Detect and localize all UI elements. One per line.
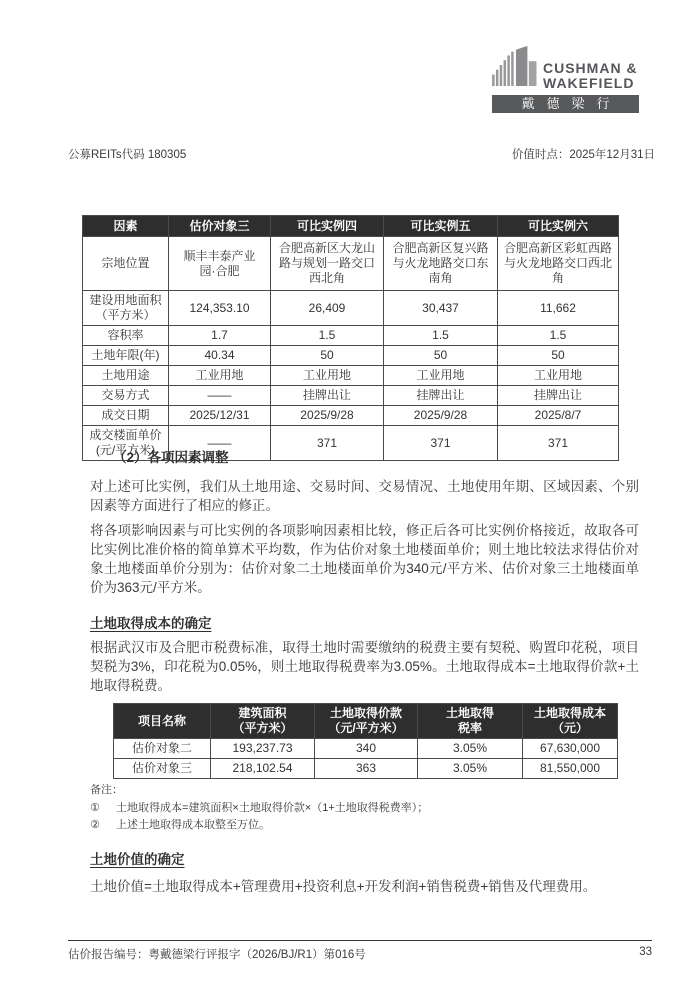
table-cell: 2025/9/28 bbox=[271, 406, 384, 426]
table-cell: 26,409 bbox=[271, 291, 384, 326]
row-label: 建设用地面积 （平方米） bbox=[83, 291, 169, 326]
logo-chinese-name: 戴德梁行 bbox=[492, 95, 639, 113]
table-cell: 124,353.10 bbox=[169, 291, 271, 326]
table-cell: 1.5 bbox=[271, 326, 384, 346]
table-cell: 67,630,000 bbox=[523, 739, 618, 759]
paragraph-land-value-formula: 土地价值=土地取得成本+管理费用+投资利息+开发利润+销售税费+销售及代理费用。 bbox=[90, 877, 639, 896]
table-cell: 3.05% bbox=[418, 759, 523, 779]
row-label: 容积率 bbox=[83, 326, 169, 346]
table-row: 估价对象二 193,237.73 340 3.05% 67,630,000 bbox=[114, 739, 618, 759]
column-header: 土地取得成本 （元） bbox=[523, 704, 618, 739]
table-cell: 工业用地 bbox=[271, 366, 384, 386]
report-number: 估价报告编号：粤戴德梁行评报字（2026/BJ/R1）第016号 bbox=[68, 946, 366, 962]
note-marker: ① bbox=[90, 800, 116, 818]
note-text: 上述土地取得成本取整至万位。 bbox=[116, 817, 270, 835]
notes-block: 备注： ① 土地取得成本=建筑面积×土地取得价款×（1+土地取得税费率）； ② … bbox=[90, 782, 639, 835]
column-header: 可比实例四 bbox=[271, 216, 384, 237]
table-row: 宗地位置 顺丰丰泰产业 园·合肥 合肥高新区大龙山 路与规划一路交口 西北角 合… bbox=[83, 237, 619, 291]
column-header: 项目名称 bbox=[114, 704, 211, 739]
logo-line2: WAKEFIELD bbox=[543, 75, 634, 91]
acquisition-cost-table: 项目名称 建筑面积 （平方米） 土地取得价款 （元/平方米） 土地取得 税率 土… bbox=[113, 703, 618, 779]
table-cell: 工业用地 bbox=[498, 366, 619, 386]
reit-code-label: 公募REITs代码 180305 bbox=[68, 146, 186, 162]
table-cell: 1.7 bbox=[169, 326, 271, 346]
row-label: 土地年限(年) bbox=[83, 346, 169, 366]
note-marker: ② bbox=[90, 817, 116, 835]
paragraph-average-price: 将各项影响因素与可比实例的各项影响因素相比较，修正后各可比实例价格接近，故取各可… bbox=[90, 521, 639, 597]
land-comparison-table: 因素 估价对象三 可比实例四 可比实例五 可比实例六 宗地位置 顺丰丰泰产业 园… bbox=[82, 215, 619, 461]
column-header: 估价对象三 bbox=[169, 216, 271, 237]
table-cell: 218,102.54 bbox=[211, 759, 315, 779]
table-cell: 11,662 bbox=[498, 291, 619, 326]
row-label: 估价对象三 bbox=[114, 759, 211, 779]
column-header: 建筑面积 （平方米） bbox=[211, 704, 315, 739]
table-cell: 1.5 bbox=[498, 326, 619, 346]
table-cell: 工业用地 bbox=[169, 366, 271, 386]
table-cell: 挂牌出让 bbox=[271, 386, 384, 406]
table-cell: 2025/12/31 bbox=[169, 406, 271, 426]
logo-line1: CUSHMAN & bbox=[543, 60, 638, 76]
page-number: 33 bbox=[639, 946, 652, 962]
paragraph-tax-rate: 根据武汉市及合肥市税费标准，取得土地时需要缴纳的税费主要有契税、购置印花税，项目… bbox=[90, 638, 639, 695]
page-footer: 估价报告编号：粤戴德梁行评报字（2026/BJ/R1）第016号 33 bbox=[68, 940, 652, 962]
value-date-label: 价值时点：2025年12月31日 bbox=[512, 146, 655, 162]
note-item: ② 上述土地取得成本取整至万位。 bbox=[90, 817, 639, 835]
table-cell: 81,550,000 bbox=[523, 759, 618, 779]
table-cell: 挂牌出让 bbox=[384, 386, 498, 406]
table-row: 成交日期 2025/12/31 2025/9/28 2025/9/28 2025… bbox=[83, 406, 619, 426]
table-cell: 1.5 bbox=[384, 326, 498, 346]
cushman-wakefield-logo: CUSHMAN & WAKEFIELD 戴德梁行 bbox=[492, 44, 639, 113]
table-cell: 挂牌出让 bbox=[498, 386, 619, 406]
page-meta-row: 公募REITs代码 180305 价值时点：2025年12月31日 bbox=[68, 146, 655, 162]
table-row: 建设用地面积 （平方米） 124,353.10 26,409 30,437 11… bbox=[83, 291, 619, 326]
heading-land-acquisition-cost: 土地取得成本的确定 bbox=[90, 612, 212, 632]
table-cell: 合肥高新区彩虹西路 与火龙地路交口西北 角 bbox=[498, 237, 619, 291]
column-header: 土地取得 税率 bbox=[418, 704, 523, 739]
section-heading-factor-adjustment: （2）各项因素调整 bbox=[113, 446, 229, 466]
row-label: 宗地位置 bbox=[83, 237, 169, 291]
table-row: 土地用途 工业用地 工业用地 工业用地 工业用地 bbox=[83, 366, 619, 386]
table-cell: 工业用地 bbox=[384, 366, 498, 386]
table-cell: 合肥高新区复兴路 与火龙地路交口东 南角 bbox=[384, 237, 498, 291]
table-cell: 2025/9/28 bbox=[384, 406, 498, 426]
table-cell: 371 bbox=[384, 426, 498, 461]
note-item: ① 土地取得成本=建筑面积×土地取得价款×（1+土地取得税费率）； bbox=[90, 800, 639, 818]
column-header: 可比实例六 bbox=[498, 216, 619, 237]
building-skyline-icon bbox=[492, 44, 538, 91]
table-cell: 50 bbox=[498, 346, 619, 366]
table-row: 土地年限(年) 40.34 50 50 50 bbox=[83, 346, 619, 366]
table-cell: 363 bbox=[315, 759, 418, 779]
heading-land-value: 土地价值的确定 bbox=[90, 848, 185, 868]
logo-wordmark: CUSHMAN & WAKEFIELD bbox=[543, 61, 638, 91]
table-cell: 371 bbox=[498, 426, 619, 461]
table-header-row: 因素 估价对象三 可比实例四 可比实例五 可比实例六 bbox=[83, 216, 619, 237]
row-label: 成交日期 bbox=[83, 406, 169, 426]
table-cell: 顺丰丰泰产业 园·合肥 bbox=[169, 237, 271, 291]
table-cell: 2025/8/7 bbox=[498, 406, 619, 426]
table-cell: 3.05% bbox=[418, 739, 523, 759]
document-page: CUSHMAN & WAKEFIELD 戴德梁行 公募REITs代码 18030… bbox=[0, 0, 700, 990]
row-label: 估价对象二 bbox=[114, 739, 211, 759]
table-header-row: 项目名称 建筑面积 （平方米） 土地取得价款 （元/平方米） 土地取得 税率 土… bbox=[114, 704, 618, 739]
table-cell: 50 bbox=[271, 346, 384, 366]
column-header: 土地取得价款 （元/平方米） bbox=[315, 704, 418, 739]
paragraph-correction: 对上述可比实例，我们从土地用途、交易时间、交易情况、土地使用年期、区域因素、个别… bbox=[90, 477, 639, 515]
notes-title: 备注： bbox=[90, 782, 639, 800]
table-cell: 30,437 bbox=[384, 291, 498, 326]
table-cell: 340 bbox=[315, 739, 418, 759]
row-label: 交易方式 bbox=[83, 386, 169, 406]
table-row: 交易方式 —— 挂牌出让 挂牌出让 挂牌出让 bbox=[83, 386, 619, 406]
table-cell: —— bbox=[169, 386, 271, 406]
table-row: 容积率 1.7 1.5 1.5 1.5 bbox=[83, 326, 619, 346]
column-header: 因素 bbox=[83, 216, 169, 237]
table-cell: 193,237.73 bbox=[211, 739, 315, 759]
table-cell: 371 bbox=[271, 426, 384, 461]
table-cell: 40.34 bbox=[169, 346, 271, 366]
note-text: 土地取得成本=建筑面积×土地取得价款×（1+土地取得税费率）； bbox=[116, 800, 428, 818]
table-cell: 50 bbox=[384, 346, 498, 366]
column-header: 可比实例五 bbox=[384, 216, 498, 237]
table-row: 估价对象三 218,102.54 363 3.05% 81,550,000 bbox=[114, 759, 618, 779]
table-cell: 合肥高新区大龙山 路与规划一路交口 西北角 bbox=[271, 237, 384, 291]
row-label: 土地用途 bbox=[83, 366, 169, 386]
